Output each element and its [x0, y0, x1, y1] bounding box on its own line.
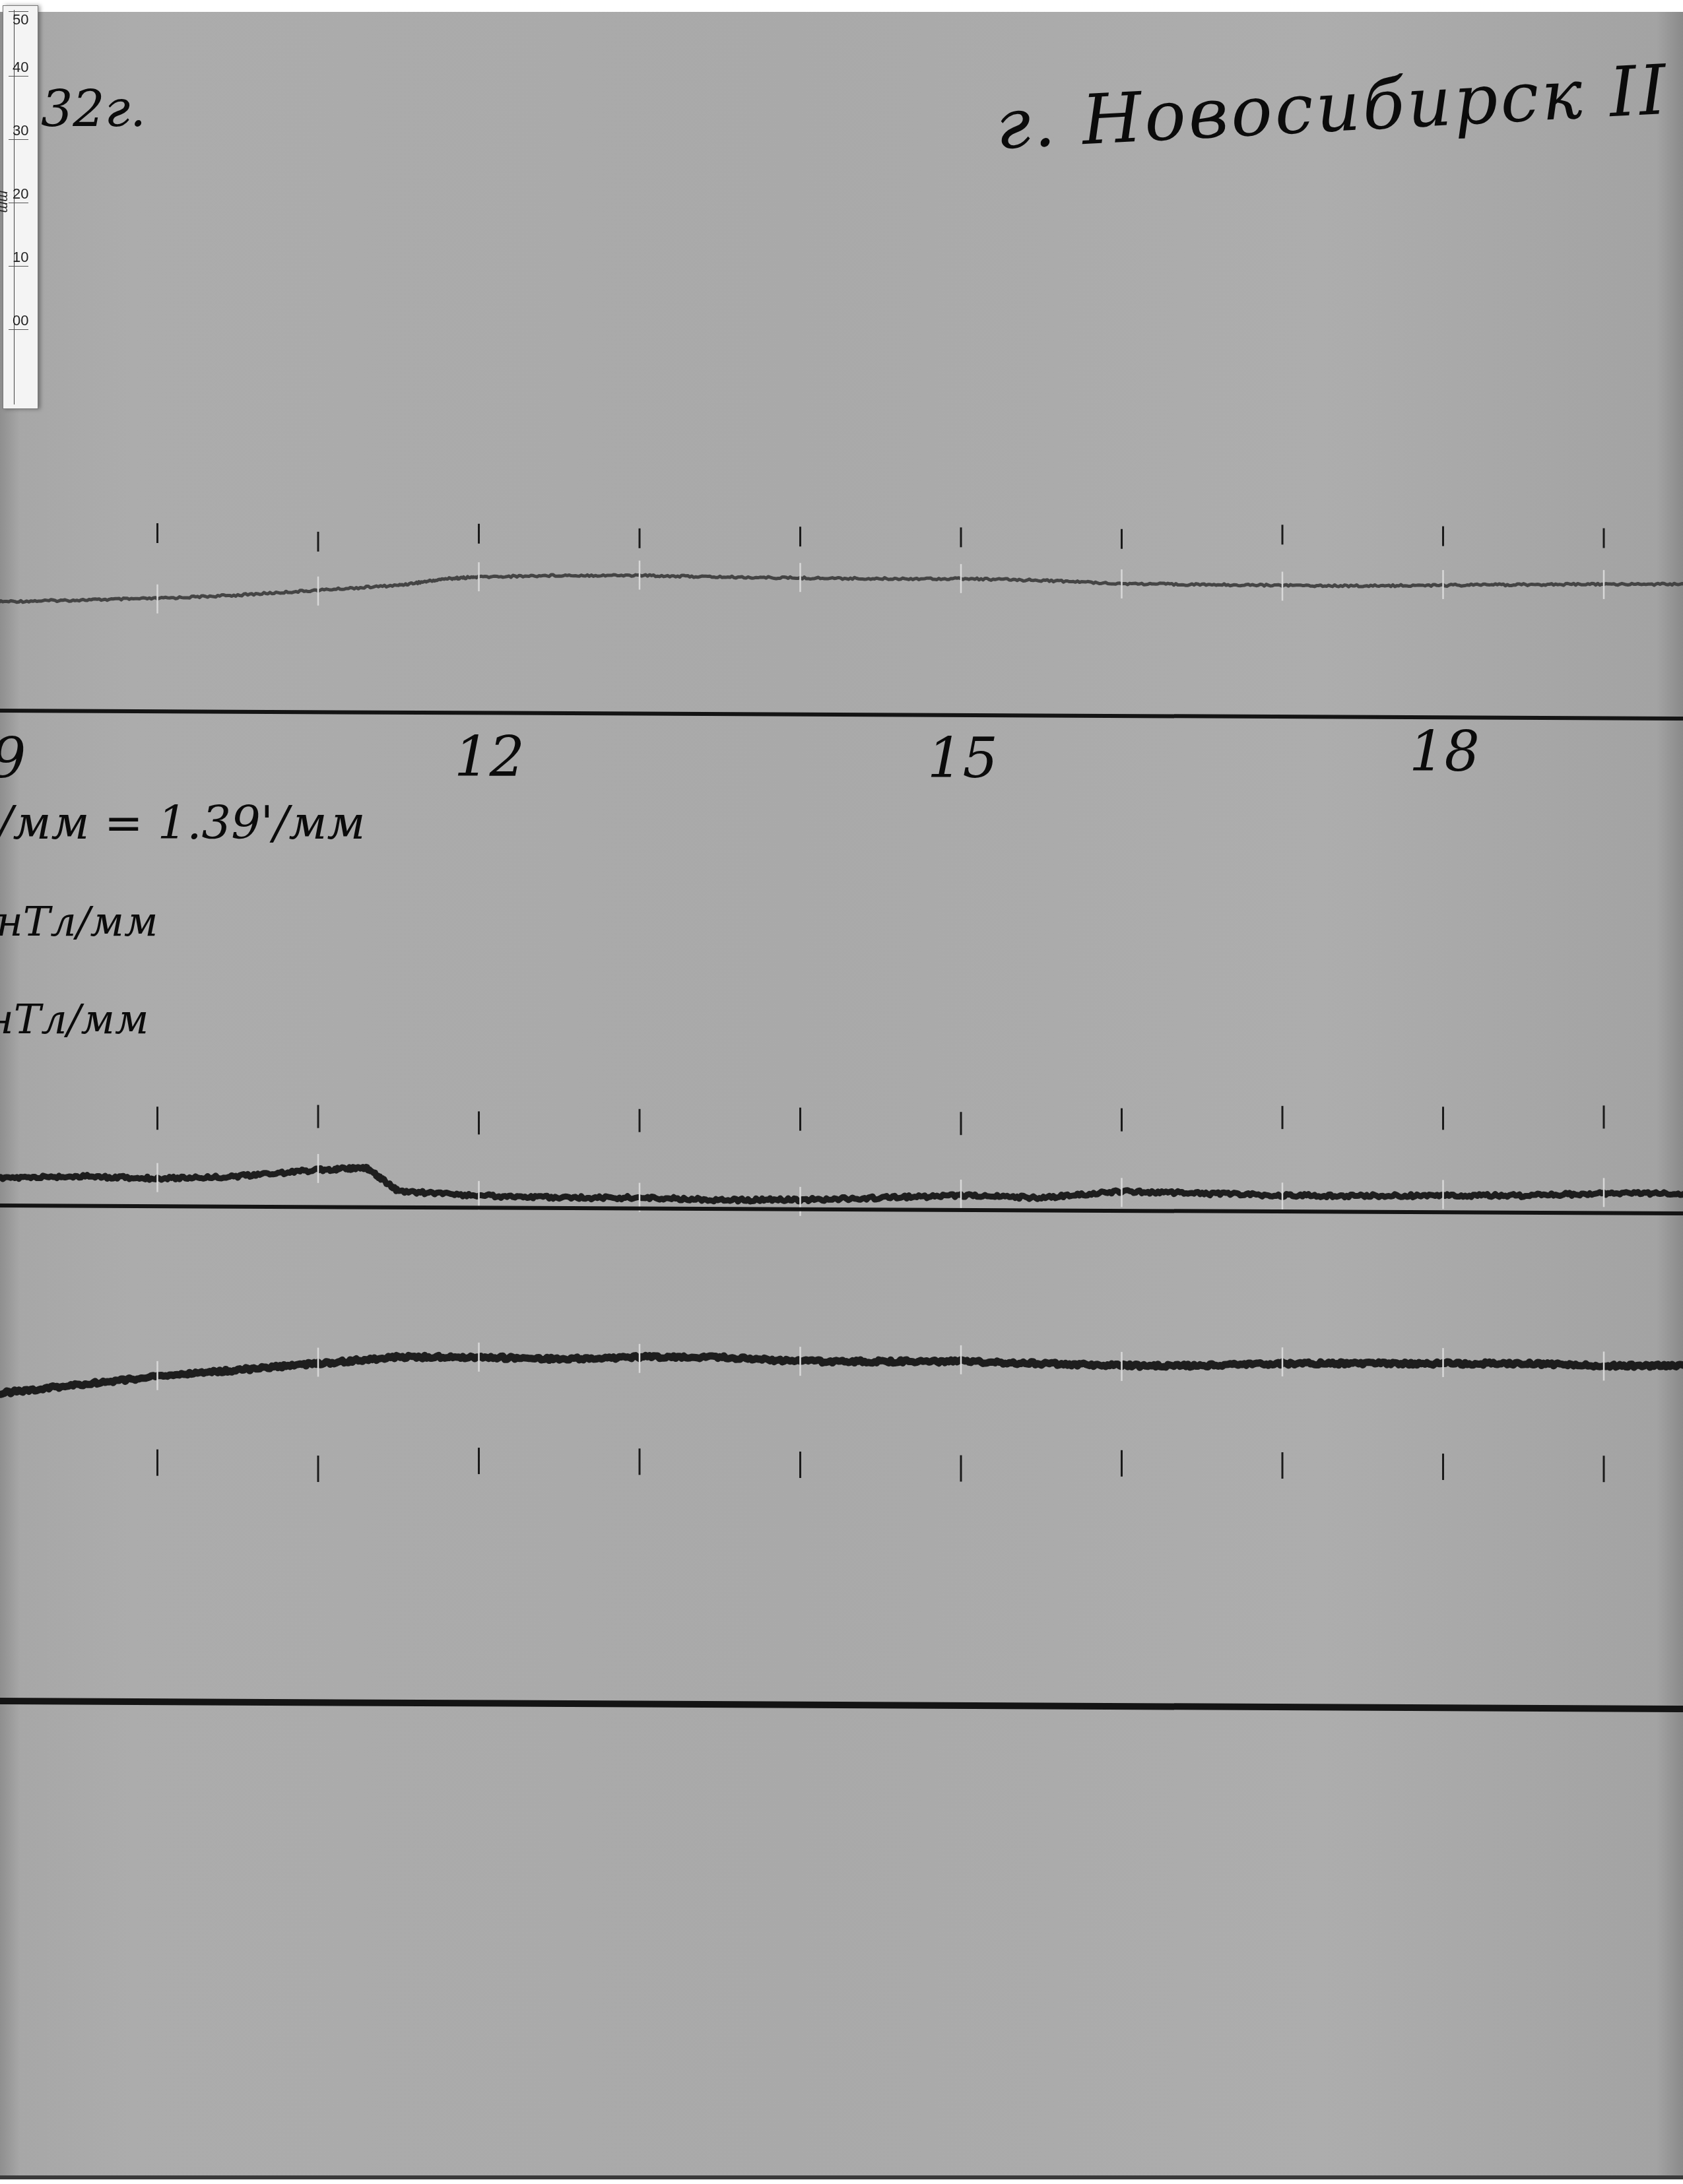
magnetogram-traces [0, 0, 1683, 2184]
baseline-2 [0, 1205, 1683, 1213]
trace-2 [0, 1167, 1683, 1202]
trace-1 [0, 575, 1683, 602]
baseline-1 [0, 711, 1683, 719]
trace-3 [0, 1355, 1683, 1394]
baseline-3 [0, 1701, 1683, 1709]
